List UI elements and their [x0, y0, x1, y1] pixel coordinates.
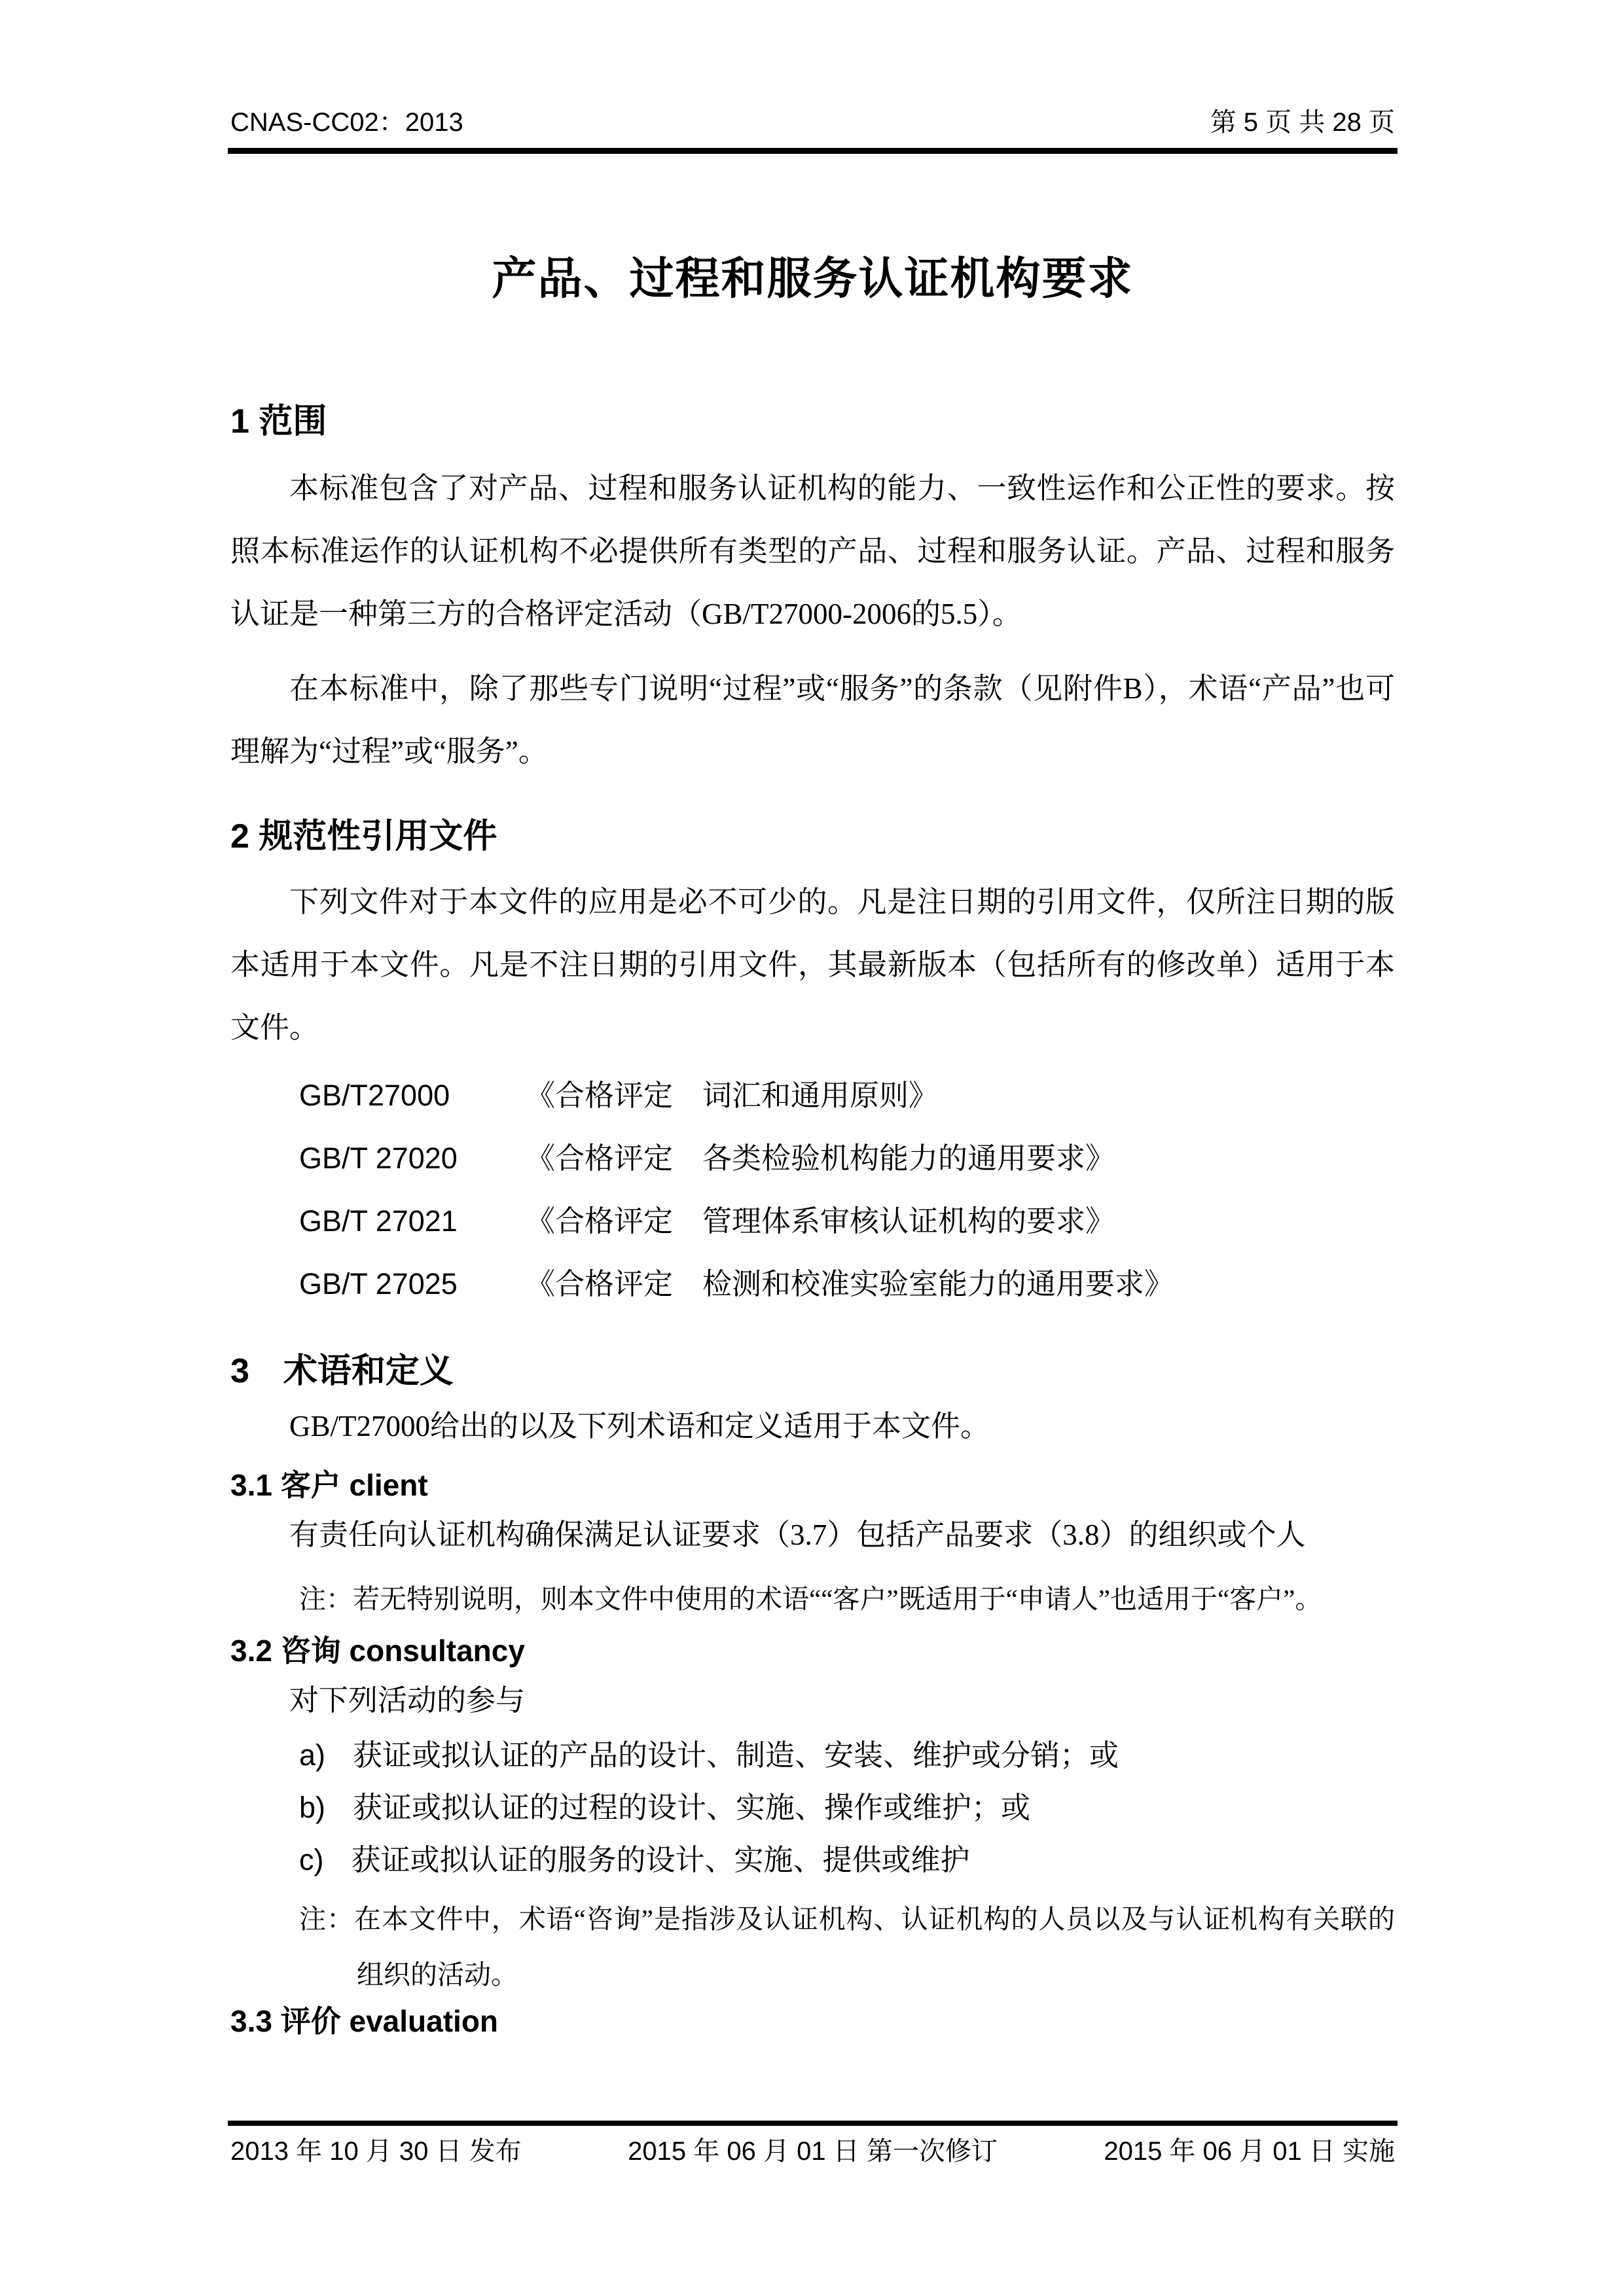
list-marker: a) [299, 1729, 325, 1782]
section-3-intro: GB/T27000给出的以及下列术语和定义适用于本文件。 [230, 1400, 1395, 1452]
reference-item: GB/T 27025《合格评定 检测和校准实验室能力的通用要求》 [230, 1253, 1395, 1316]
reference-code: GB/T 27021 [299, 1190, 526, 1252]
reference-title: 《合格评定 各类检验机构能力的通用要求》 [526, 1142, 1115, 1175]
reference-code: GB/T 27020 [299, 1127, 526, 1189]
term-3-3-heading: 3.3 评价 evaluation [230, 2003, 1395, 2039]
footer-issued-date: 2013 年 10 月 30 日 发布 [230, 2135, 522, 2168]
footer-implemented-date: 2015 年 06 月 01 日 实施 [1104, 2135, 1395, 2168]
section-1-heading: 1 范围 [230, 402, 1395, 441]
list-item-c: c)获证或拟认证的服务的设计、实施、提供或维护 [230, 1834, 1395, 1886]
reference-code: GB/T 27025 [299, 1253, 526, 1315]
list-item-a: a)获证或拟认证的产品的设计、制造、安装、维护或分销；或 [230, 1729, 1395, 1782]
section-1-paragraph-2: 在本标准中，除了那些专门说明“过程”或“服务”的条款（见附件B），术语“产品”也… [230, 657, 1395, 783]
term-3-2-list: a)获证或拟认证的产品的设计、制造、安装、维护或分销；或 b)获证或拟认证的过程… [230, 1729, 1395, 1886]
list-marker: b) [299, 1782, 325, 1834]
list-marker: c) [299, 1834, 324, 1886]
section-2-paragraph-1: 下列文件对于本文件的应用是必不可少的。凡是注日期的引用文件，仅所注日期的版本适用… [230, 870, 1395, 1059]
document-title: 产品、过程和服务认证机构要求 [230, 253, 1395, 305]
reference-item: GB/T27000《合格评定 词汇和通用原则》 [230, 1064, 1395, 1127]
term-3-2-intro: 对下列活动的参与 [230, 1674, 1395, 1727]
page-header: CNAS-CC02：2013 第 5 页 共 28 页 [230, 107, 1395, 138]
section-2-heading: 2 规范性引用文件 [230, 817, 1395, 856]
reference-code: GB/T27000 [299, 1064, 526, 1126]
section-3-heading: 3 术语和定义 [230, 1352, 1395, 1391]
reference-item: GB/T 27021《合格评定 管理体系审核认证机构的要求》 [230, 1190, 1395, 1253]
list-item-text: 获证或拟认证的产品的设计、制造、安装、维护或分销；或 [353, 1739, 1119, 1772]
list-item-b: b)获证或拟认证的过程的设计、实施、操作或维护；或 [230, 1782, 1395, 1834]
header-doc-code: CNAS-CC02：2013 [230, 107, 463, 138]
term-3-1-definition: 有责任向认证机构确保满足认证要求（3.7）包括产品要求（3.8）的组织或个人 [230, 1509, 1395, 1561]
footer-revised-date: 2015 年 06 月 01 日 第一次修订 [628, 2135, 998, 2168]
page-footer: 2013 年 10 月 30 日 发布 2015 年 06 月 01 日 第一次… [230, 2135, 1395, 2168]
reference-title: 《合格评定 管理体系审核认证机构的要求》 [526, 1205, 1115, 1238]
normative-references-list: GB/T27000《合格评定 词汇和通用原则》 GB/T 27020《合格评定 … [230, 1064, 1395, 1316]
document-content: 产品、过程和服务认证机构要求 1 范围 本标准包含了对产品、过程和服务认证机构的… [230, 154, 1395, 2039]
term-3-1-note: 注：若无特别说明，则本文件中使用的术语““客户”既适用于“申请人”也适用于“客户… [230, 1571, 1395, 1627]
footer-rule [228, 2121, 1398, 2126]
header-page-number: 第 5 页 共 28 页 [1210, 107, 1395, 138]
reference-title: 《合格评定 检测和校准实验室能力的通用要求》 [526, 1268, 1174, 1300]
header-rule [228, 148, 1398, 154]
document-page: CNAS-CC02：2013 第 5 页 共 28 页 产品、过程和服务认证机构… [0, 0, 1624, 2296]
term-3-1-heading: 3.1 客户 client [230, 1467, 1395, 1503]
list-item-text: 获证或拟认证的服务的设计、实施、提供或维护 [352, 1844, 970, 1876]
reference-item: GB/T 27020《合格评定 各类检验机构能力的通用要求》 [230, 1127, 1395, 1190]
reference-title: 《合格评定 词汇和通用原则》 [526, 1079, 938, 1112]
list-item-text: 获证或拟认证的过程的设计、实施、操作或维护；或 [353, 1791, 1030, 1824]
section-1-paragraph-1: 本标准包含了对产品、过程和服务认证机构的能力、一致性运作和公正性的要求。按照本标… [230, 457, 1395, 645]
term-3-2-heading: 3.2 咨询 consultancy [230, 1632, 1395, 1669]
term-3-2-note: 注：在本文件中，术语“咨询”是指涉及认证机构、认证机构的人员以及与认证机构有关联… [230, 1892, 1395, 2003]
